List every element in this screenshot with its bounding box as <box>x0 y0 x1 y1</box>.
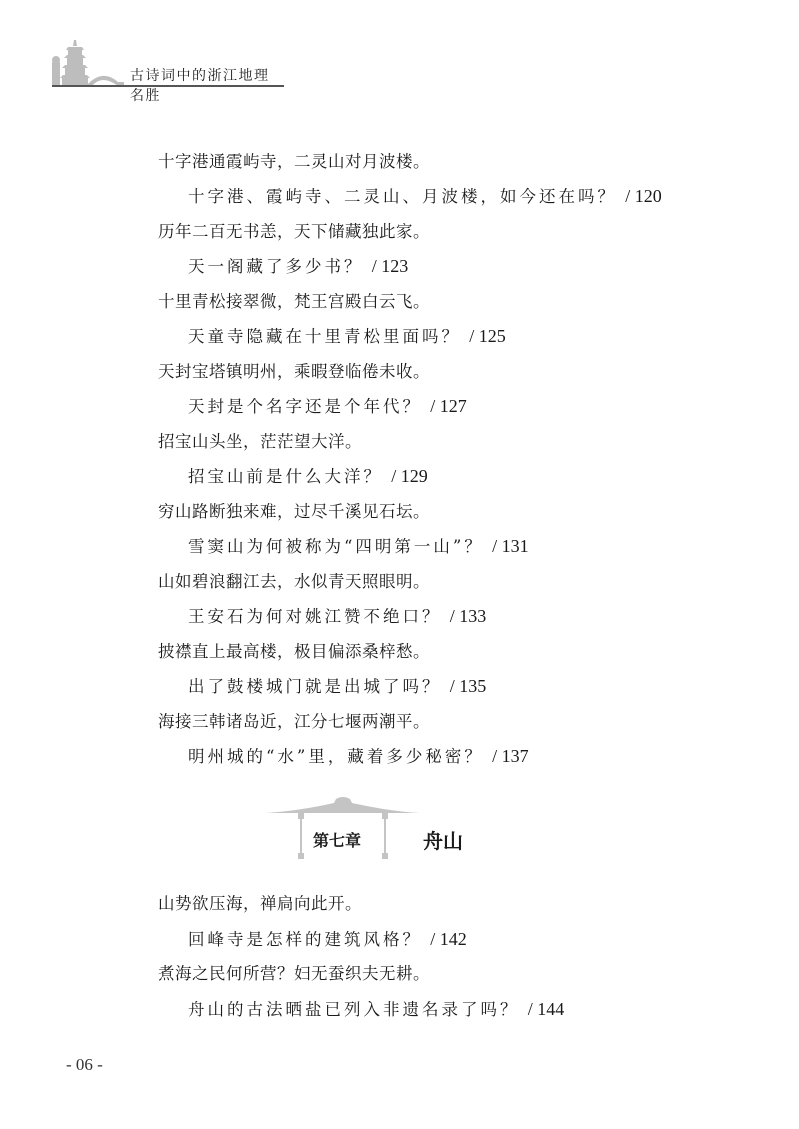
page-ref: / 120 <box>625 186 662 206</box>
running-header: 古诗词中的浙江地理名胜 <box>52 38 284 90</box>
question-text: 招宝山前是什么大洋？ <box>188 467 383 486</box>
page-ref: / 142 <box>430 929 467 949</box>
page-ref: / 144 <box>528 999 565 1019</box>
toc-entry[interactable]: 招宝山前是什么大洋？ / 129 <box>188 463 428 487</box>
question-text: 雪窦山为何被称为“四明第一山”？ <box>188 537 484 556</box>
toc-entry[interactable]: 天一阁藏了多少书？ / 123 <box>188 253 408 277</box>
question-text: 天一阁藏了多少书？ <box>188 257 364 276</box>
toc-entry[interactable]: 回峰寺是怎样的建筑风格？ / 142 <box>188 926 467 950</box>
page-ref: / 133 <box>450 606 487 626</box>
chapter-label: 第七章 <box>313 828 361 851</box>
question-text: 天童寺隐藏在十里青松里面吗？ <box>188 327 461 346</box>
page-ref: / 125 <box>469 326 506 346</box>
question-text: 十字港、霞屿寺、二灵山、月波楼，如今还在吗？ <box>188 187 617 206</box>
page-ref: / 135 <box>450 676 487 696</box>
question-text: 舟山的古法晒盐已列入非遗名录了吗？ <box>188 1000 520 1019</box>
poem-line: 十里青松接翠微，梵王宫殿白云飞。 <box>158 288 430 312</box>
chapter-heading: 第七章 舟山 <box>258 795 478 865</box>
toc-entry[interactable]: 十字港、霞屿寺、二灵山、月波楼，如今还在吗？ / 120 <box>188 183 662 207</box>
header-rule <box>52 85 284 87</box>
poem-line: 历年二百无书恙，天下储藏独此家。 <box>158 218 430 242</box>
page-ref: / 129 <box>391 466 428 486</box>
page-ref: / 131 <box>492 536 529 556</box>
toc-entry[interactable]: 雪窦山为何被称为“四明第一山”？ / 131 <box>188 533 529 557</box>
poem-line: 煮海之民何所营？妇无蚕织夫无耕。 <box>158 960 430 984</box>
poem-line: 披襟直上最高楼，极目偏添桑梓愁。 <box>158 638 430 662</box>
poem-line: 山势欲压海，禅扃向此开。 <box>158 890 362 914</box>
question-text: 天封是个名字还是个年代？ <box>188 397 422 416</box>
question-text: 王安石为何对姚江赞不绝口？ <box>188 607 442 626</box>
poem-line: 海接三韩诸岛近，江分七堰两潮平。 <box>158 708 430 732</box>
page-ref: / 123 <box>372 256 409 276</box>
poem-line: 天封宝塔镇明州，乘暇登临倦未收。 <box>158 358 430 382</box>
toc-entry[interactable]: 天封是个名字还是个年代？ / 127 <box>188 393 467 417</box>
chapter-name: 舟山 <box>423 825 463 854</box>
toc-entry[interactable]: 明州城的“水”里，藏着多少秘密？ / 137 <box>188 743 529 767</box>
poem-line: 穷山路断独来难，过尽千溪见石坛。 <box>158 498 430 522</box>
page-ref: / 137 <box>492 746 529 766</box>
toc-entry[interactable]: 出了鼓楼城门就是出城了吗？ / 135 <box>188 673 486 697</box>
question-text: 出了鼓楼城门就是出城了吗？ <box>188 677 442 696</box>
pagoda-bridge-icon <box>52 38 132 86</box>
page-number: - 06 - <box>66 1055 103 1075</box>
poem-line: 山如碧浪翻江去，水似青天照眼明。 <box>158 568 430 592</box>
question-text: 明州城的“水”里，藏着多少秘密？ <box>188 747 484 766</box>
poem-line: 十字港通霞屿寺，二灵山对月波楼。 <box>158 148 430 172</box>
toc-entry[interactable]: 舟山的古法晒盐已列入非遗名录了吗？ / 144 <box>188 996 564 1020</box>
page-ref: / 127 <box>430 396 467 416</box>
poem-line: 招宝山头坐，茫茫望大洋。 <box>158 428 362 452</box>
toc-entry[interactable]: 王安石为何对姚江赞不绝口？ / 133 <box>188 603 486 627</box>
question-text: 回峰寺是怎样的建筑风格？ <box>188 930 422 949</box>
toc-entry[interactable]: 天童寺隐藏在十里青松里面吗？ / 125 <box>188 323 506 347</box>
